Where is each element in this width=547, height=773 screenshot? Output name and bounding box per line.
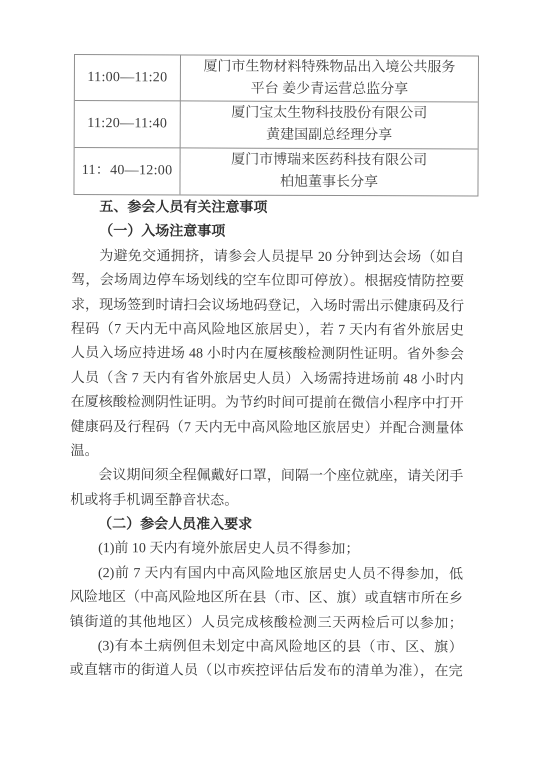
time-range: 11:20—11:40	[87, 113, 167, 135]
body-line: (3)有本土病例但未划定中高风险地区的县（市、区、旗）	[70, 635, 463, 661]
session-line: 黄建国副总经理分享	[266, 125, 392, 147]
scanned-document-page: 11:00—11:20 厦门市生物材料特殊物品出入境公共服务 平台 姜少青运营总…	[0, 0, 547, 773]
body-line: 在厦核酸检测阴性证明。为节约时间可提前在微信小程序中打开	[71, 391, 464, 417]
session-line: 平台 姜少青运营总监分享	[251, 78, 409, 101]
body-line: (1)前 10 天内有境外旅居史人员不得参加；	[70, 537, 463, 563]
time-cell: 11：40—12:00	[74, 148, 180, 195]
body-line: (2)前 7 天内有国内中高风险地区旅居史人员不得参加，低	[70, 562, 463, 588]
body-line: 镇街道的其他地区）人员完成核酸检测三天两检后可以参加；	[70, 611, 463, 637]
body-line: 人员入场应持进场 48 小时内在厦核酸检测阴性证明。省外参会	[71, 342, 464, 368]
time-cell: 11:20—11:40	[75, 101, 181, 148]
body-line: 为避免交通拥挤，请参会人员提早 20 分钟到达会场（如自	[71, 245, 464, 271]
subsection-heading: （二）参会人员准入要求	[70, 513, 463, 539]
subsection-heading: （一）入场注意事项	[71, 220, 464, 246]
body-line: 机或将手机调至静音状态。	[70, 489, 463, 515]
session-cell: 厦门市博瑞来医药科技有限公司 柏旭董事长分享	[180, 148, 477, 195]
session-line: 柏旭董事长分享	[280, 172, 378, 194]
document-body: 五、参会人员有关注意事项 （一）入场注意事项 为避免交通拥挤，请参会人员提早 2…	[70, 196, 465, 685]
body-line: 会议期间须全程佩戴好口罩，间隔一个座位就座，请关闭手	[70, 464, 463, 490]
body-line: 程码（7 天内无中高风险地区旅居史），若 7 天内有省外旅居史	[71, 318, 464, 344]
body-line: 求，现场签到时请扫会议场地码登记，入场时需出示健康码及行	[71, 294, 464, 320]
body-line: 人员（含 7 天内有省外旅居史人员）入场需持进场前 48 小时内	[71, 367, 464, 393]
body-line: 健康码及行程码（7 天内无中高风险地区旅居史）并配合测量体	[71, 416, 464, 442]
session-cell: 厦门宝太生物科技股份有限公司 黄建国副总经理分享	[181, 102, 478, 149]
time-cell: 11:00—11:20	[75, 55, 181, 102]
session-line: 厦门市生物材料特殊物品出入境公共服务	[203, 56, 455, 79]
time-range: 11:00—11:20	[87, 67, 167, 89]
body-line: 驾，会场周边停车场划线的空车位即可停放）。根据疫情防控要	[71, 269, 464, 295]
time-range: 11：40—12:00	[82, 160, 173, 182]
document-sheet: 11:00—11:20 厦门市生物材料特殊物品出入境公共服务 平台 姜少青运营总…	[0, 0, 547, 773]
session-cell: 厦门市生物材料特殊物品出入境公共服务 平台 姜少青运营总监分享	[181, 55, 478, 102]
body-line: 温。	[70, 440, 463, 466]
schedule-table: 11:00—11:20 厦门市生物材料特殊物品出入境公共服务 平台 姜少青运营总…	[73, 54, 479, 197]
session-line: 厦门宝太生物科技股份有限公司	[231, 103, 427, 126]
session-line: 厦门市博瑞来医药科技有限公司	[231, 149, 427, 172]
body-line: 或直辖市的街道人员（以市疾控评估后发布的清单为准），在完	[70, 659, 463, 685]
body-line: 风险地区（中高风险地区所在县（市、区、旗）或直辖市所在乡	[70, 586, 463, 612]
section-heading: 五、参会人员有关注意事项	[71, 196, 464, 222]
